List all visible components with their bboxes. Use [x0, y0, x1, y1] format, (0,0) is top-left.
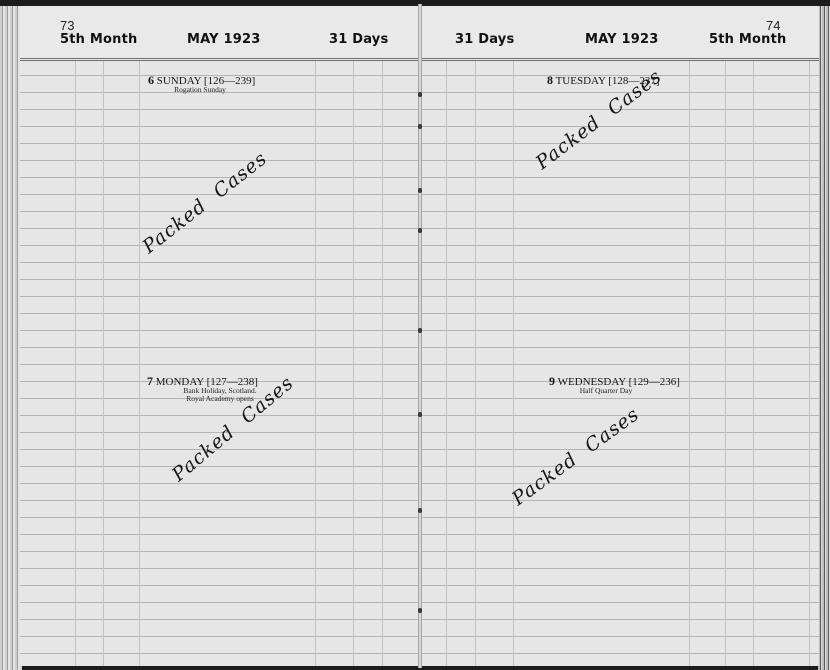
column-rule — [382, 6, 383, 666]
header-month-ordinal: 5th Month — [709, 32, 786, 47]
right-page: 31 Days MAY 1923 5th Month 74 8 TUESDAY … — [421, 6, 819, 666]
page-header: 31 Days MAY 1923 5th Month 74 — [421, 6, 819, 61]
page-edges-right — [818, 6, 830, 670]
day-note: Rogation Sunday — [150, 86, 250, 94]
column-rule — [513, 6, 514, 666]
page-number: 73 — [60, 18, 74, 33]
column-rule — [475, 6, 476, 666]
binding-stitch — [418, 508, 422, 513]
header-month-year: MAY 1923 — [585, 32, 658, 47]
page-edges-left — [0, 6, 22, 670]
binding-stitch — [418, 124, 422, 129]
binding-stitch — [418, 92, 422, 97]
day-note: Half Quarter Day — [551, 387, 661, 395]
header-month-year: MAY 1923 — [187, 32, 260, 47]
binding-stitch — [418, 328, 422, 333]
header-month-ordinal: 5th Month — [60, 32, 137, 47]
day-number: 7 — [147, 374, 153, 388]
column-rule — [753, 6, 754, 666]
day-number: 6 — [148, 73, 154, 87]
binding-stitch — [418, 608, 422, 613]
column-rule — [75, 6, 76, 666]
column-rule — [446, 6, 447, 666]
day-number: 9 — [549, 374, 555, 388]
column-rule — [353, 6, 354, 666]
left-page: 73 5th Month MAY 1923 31 Days 6 SUNDAY [… — [20, 6, 419, 666]
column-rule — [139, 6, 140, 666]
binding-stitch — [418, 228, 422, 233]
column-rule — [103, 6, 104, 666]
ruled-lines — [421, 59, 819, 666]
binding-stitch — [418, 188, 422, 193]
day-number: 8 — [547, 73, 553, 87]
column-rule — [725, 6, 726, 666]
column-rule — [315, 6, 316, 666]
column-rule — [809, 6, 810, 666]
page-number: 74 — [766, 18, 780, 33]
column-rule — [689, 6, 690, 666]
header-days-count: 31 Days — [329, 32, 388, 47]
binding-stitch — [418, 412, 422, 417]
page-header: 73 5th Month MAY 1923 31 Days — [20, 6, 419, 61]
book-gutter — [418, 4, 422, 668]
ruled-lines — [20, 59, 419, 666]
open-diary: 73 5th Month MAY 1923 31 Days 6 SUNDAY [… — [0, 0, 830, 670]
weekday: TUESDAY — [556, 75, 606, 87]
header-days-count: 31 Days — [455, 32, 514, 47]
